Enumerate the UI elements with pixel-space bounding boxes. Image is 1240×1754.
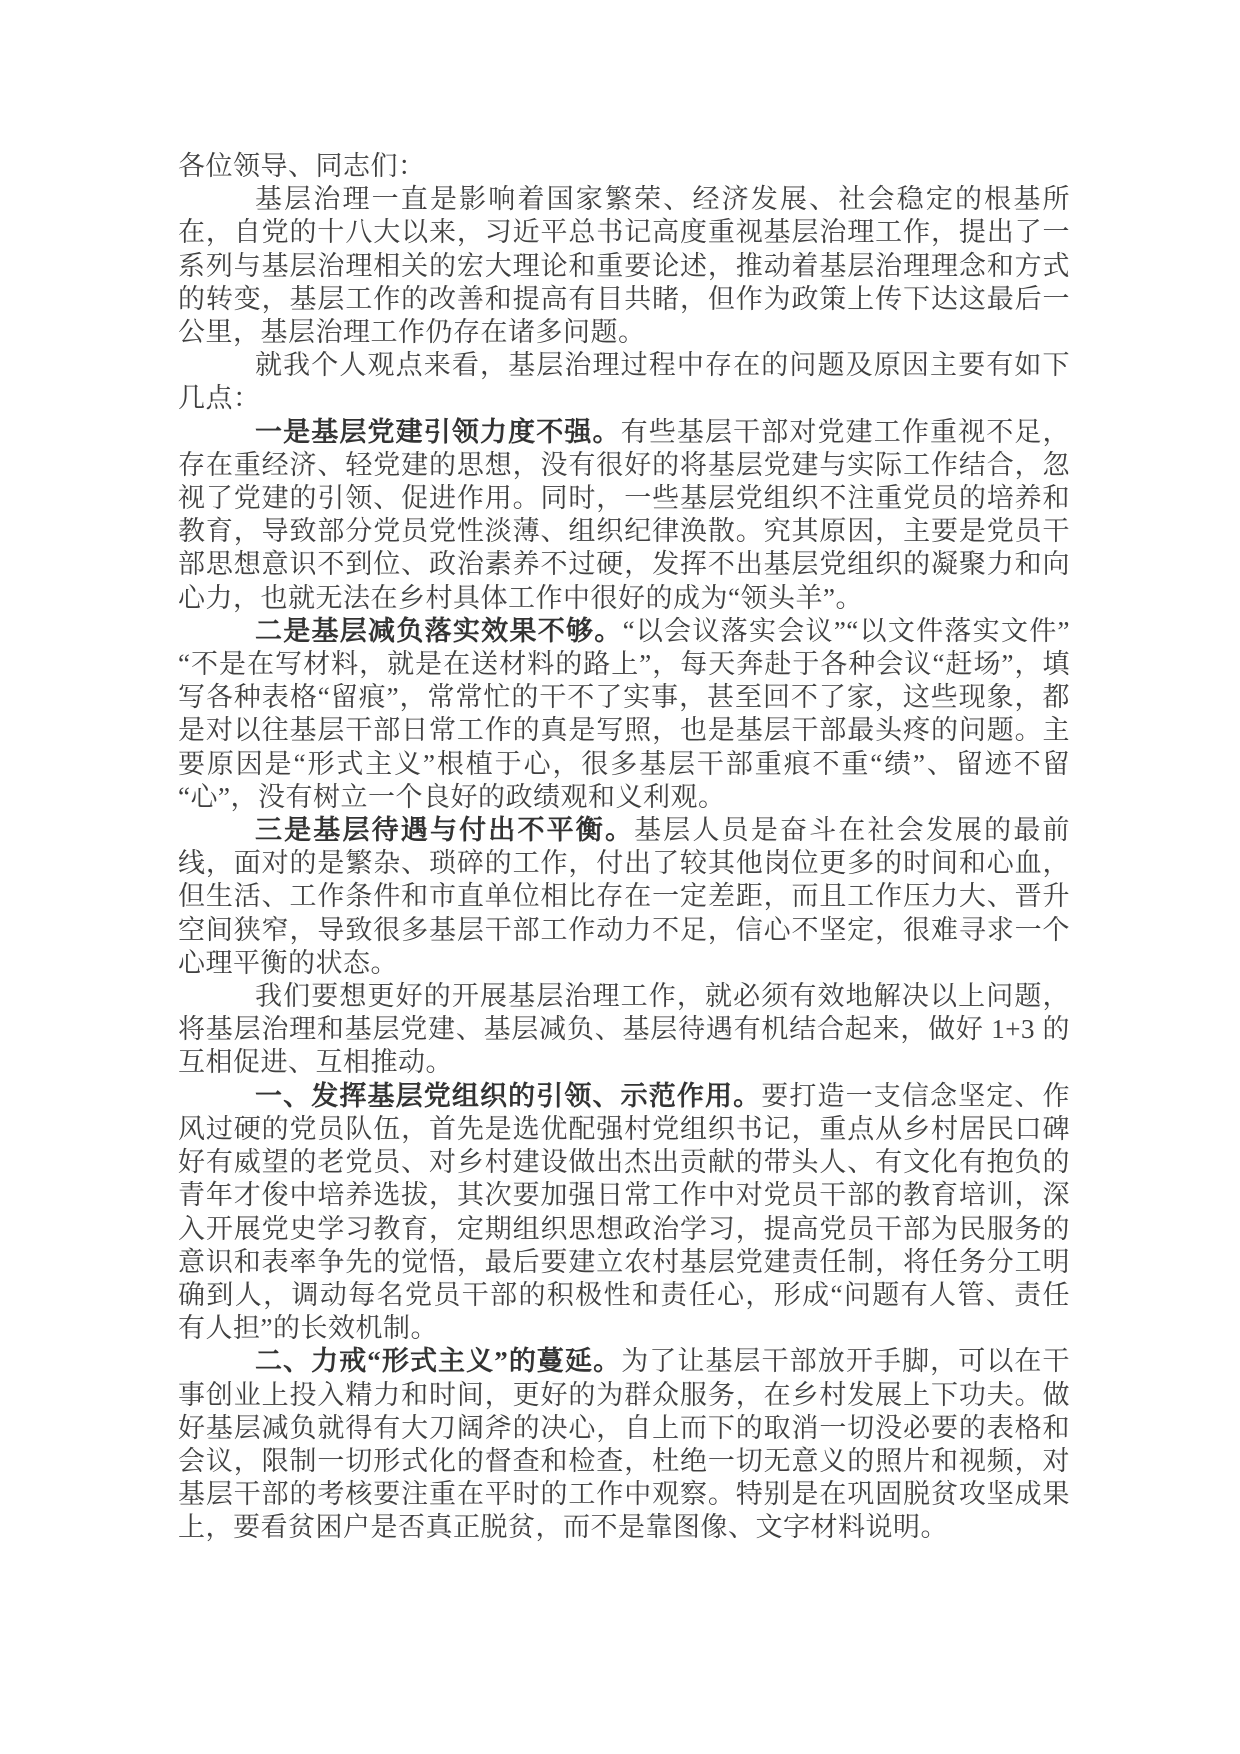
- paragraph-problem-3: 三是基层待遇与付出不平衡。基层人员是奋斗在社会发展的最前线，面对的是繁杂、琐碎的…: [178, 814, 1070, 980]
- salutation: 各位领导、同志们：: [178, 150, 1070, 183]
- paragraph-lead: 一是基层党建引领力度不强。: [255, 417, 621, 447]
- paragraph-problem-2: 二是基层减负落实效果不够。“以会议落实会议”“以文件落实文件”“不是在写材料，就…: [178, 615, 1070, 814]
- paragraph-measure-2: 二、力戒“形式主义”的蔓延。为了让基层干部放开手脚，可以在干事创业上投入精力和时…: [178, 1345, 1070, 1544]
- paragraph-intro: 基层治理一直是影响着国家繁荣、经济发展、社会稳定的根基所在，自党的十八大以来，习…: [178, 183, 1070, 349]
- document-page: 各位领导、同志们： 基层治理一直是影响着国家繁荣、经济发展、社会稳定的根基所在，…: [0, 0, 1240, 1754]
- paragraph-lead: 二是基层减负落实效果不够。: [255, 616, 623, 646]
- paragraph-lead: 三是基层待遇与付出不平衡。: [255, 815, 634, 845]
- paragraph-text: 我们要想更好的开展基层治理工作，就必须有效地解决以上问题，将基层治理和基层党建、…: [178, 981, 1070, 1077]
- paragraph-text: 基层治理一直是影响着国家繁荣、经济发展、社会稳定的根基所在，自党的十八大以来，习…: [178, 184, 1070, 347]
- paragraph-transition: 我们要想更好的开展基层治理工作，就必须有效地解决以上问题，将基层治理和基层党建、…: [178, 980, 1070, 1080]
- paragraph-text: 就我个人观点来看，基层治理过程中存在的问题及原因主要有如下几点：: [178, 350, 1070, 413]
- paragraph-observation: 就我个人观点来看，基层治理过程中存在的问题及原因主要有如下几点：: [178, 349, 1070, 415]
- document-body: 各位领导、同志们： 基层治理一直是影响着国家繁荣、经济发展、社会稳定的根基所在，…: [178, 150, 1070, 1545]
- salutation-text: 各位领导、同志们：: [178, 151, 426, 181]
- paragraph-lead: 二、力戒“形式主义”的蔓延。: [255, 1346, 621, 1376]
- paragraph-measure-1: 一、发挥基层党组织的引领、示范作用。要打造一支信念坚定、作风过硬的党员队伍，首先…: [178, 1080, 1070, 1346]
- paragraph-text: 要打造一支信念坚定、作风过硬的党员队伍，首先是选优配强村党组织书记，重点从乡村居…: [178, 1081, 1070, 1343]
- paragraph-lead: 一、发挥基层党组织的引领、示范作用。: [255, 1081, 761, 1111]
- paragraph-problem-1: 一是基层党建引领力度不强。有些基层干部对党建工作重视不足，存在重经济、轻党建的思…: [178, 416, 1070, 615]
